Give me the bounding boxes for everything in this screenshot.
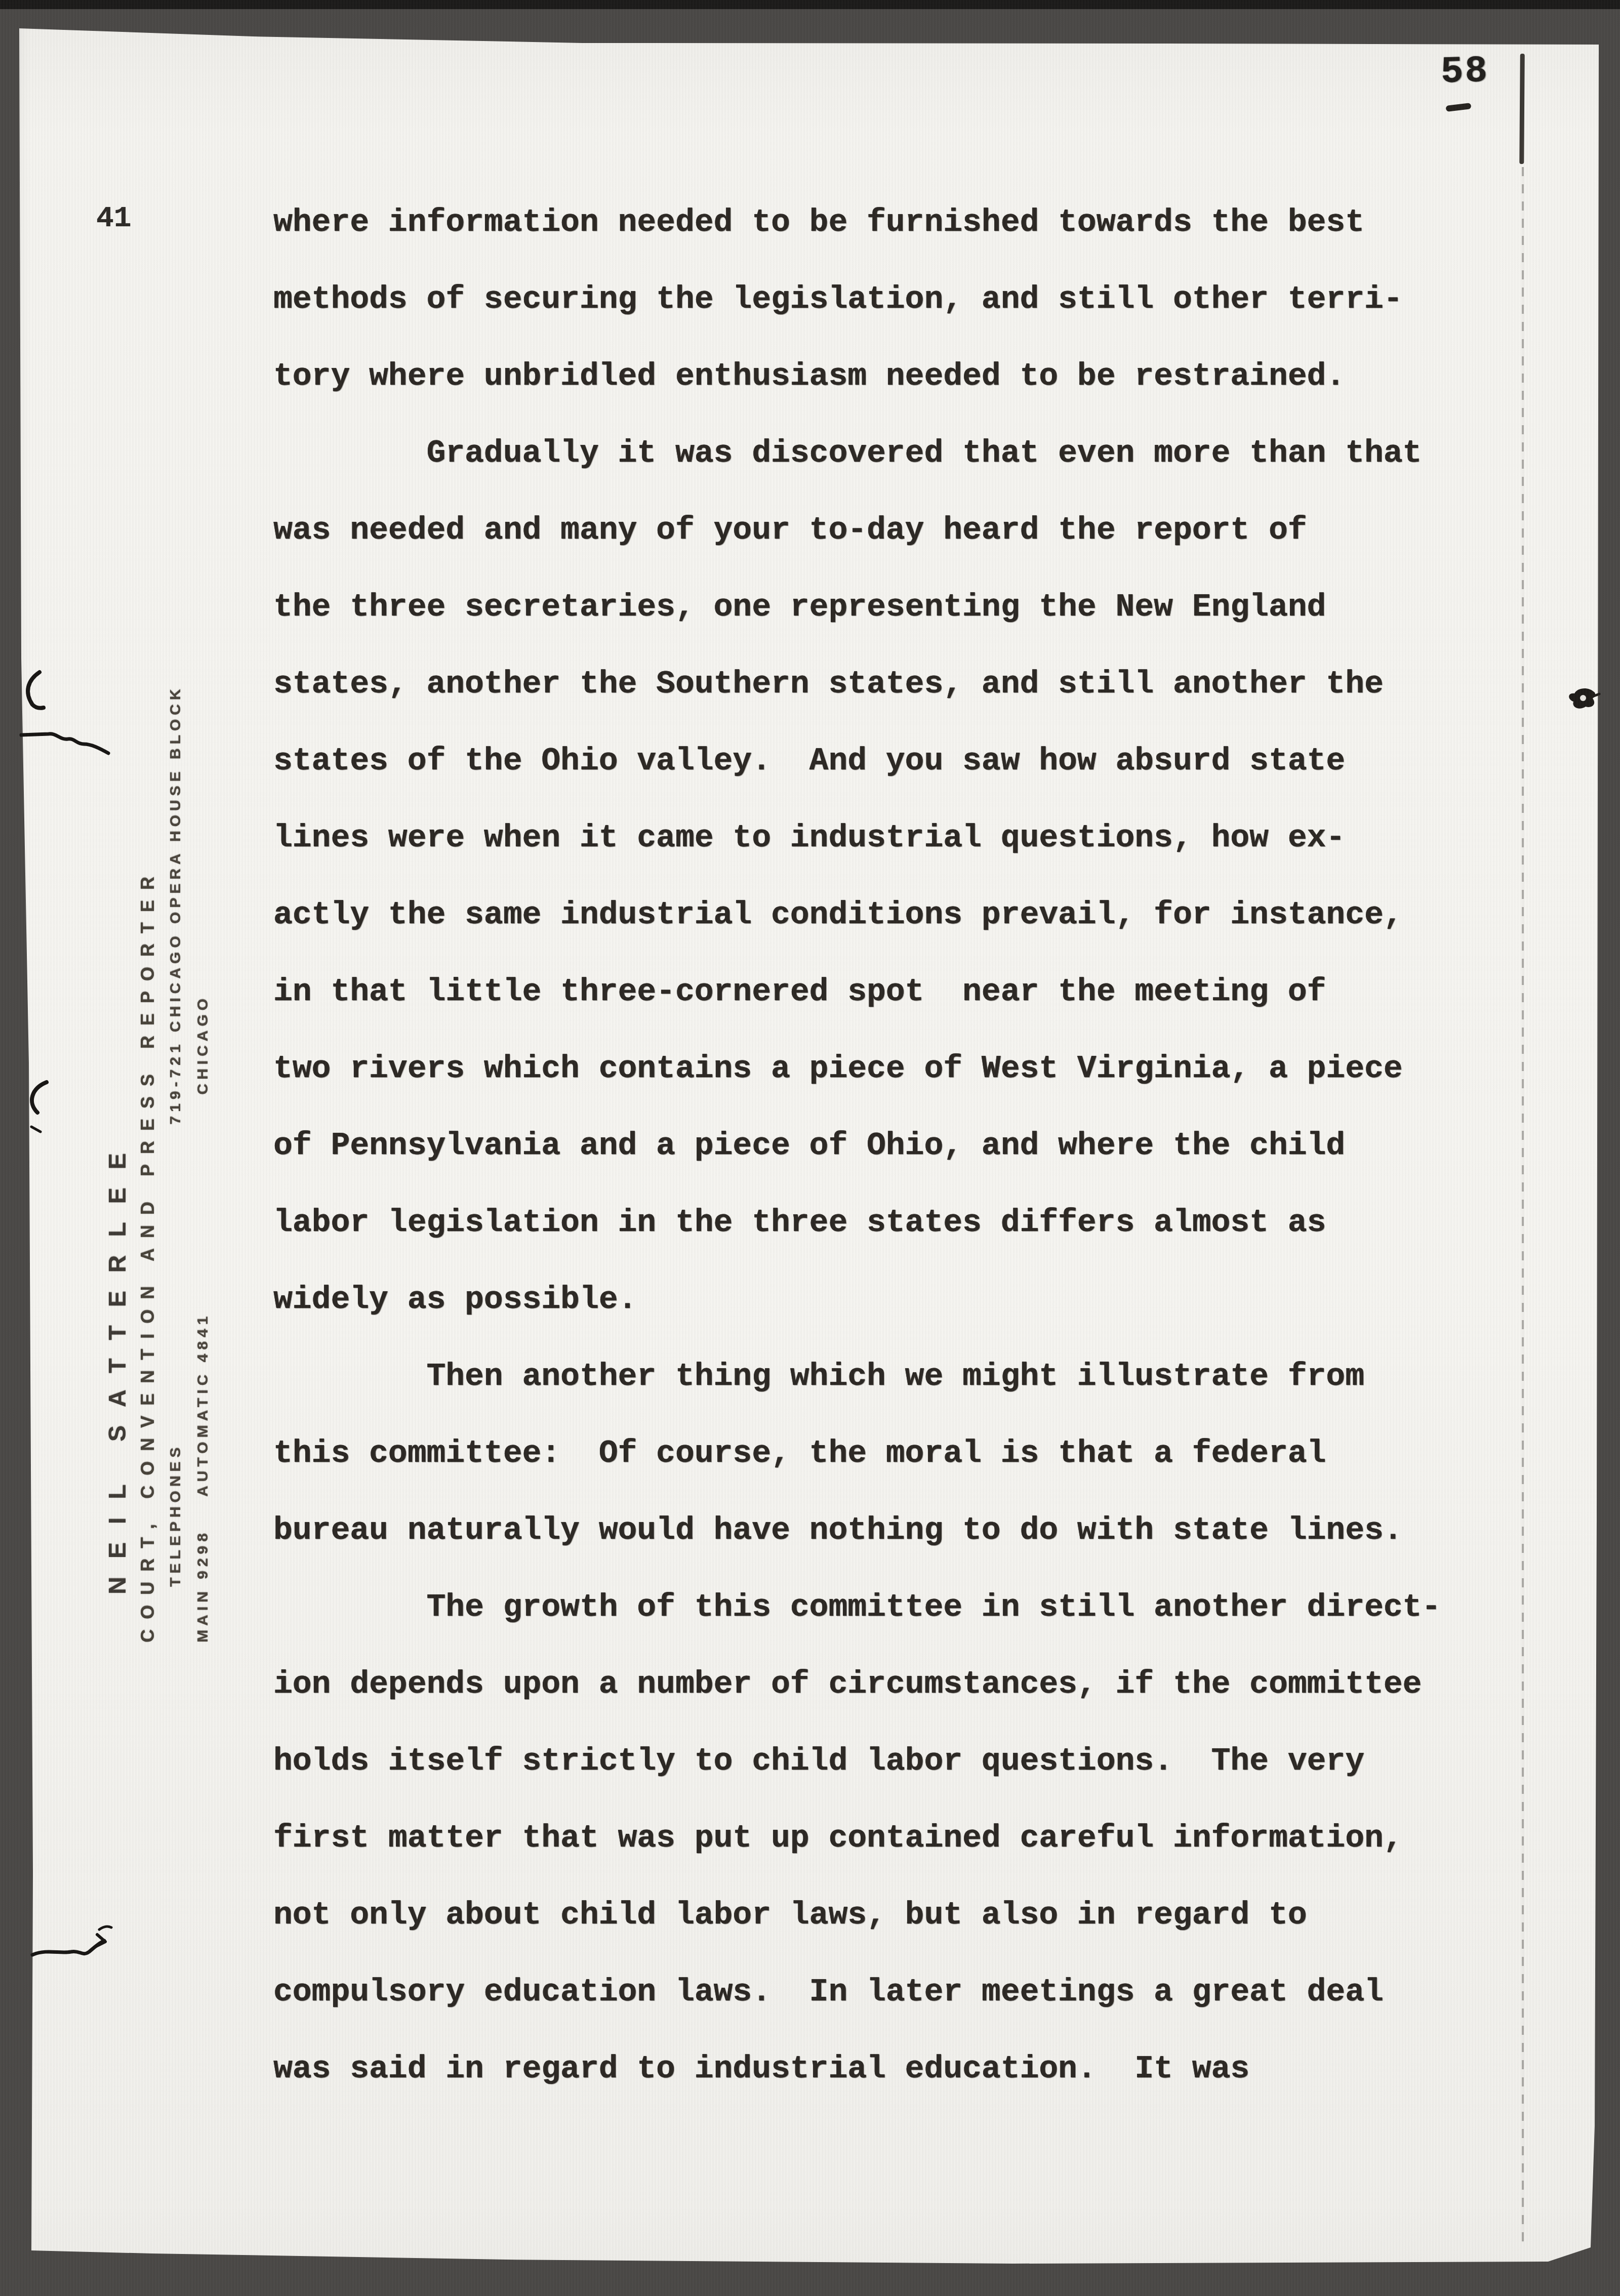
transcript-line: The growth of this committee in still an… [273, 1569, 1498, 1646]
transcript-line: not only about child labor laws, but als… [273, 1877, 1498, 1954]
transcript-line: the three secretaries, one representing … [273, 569, 1498, 646]
transcript-line: lines were when it came to industrial qu… [273, 800, 1498, 877]
letterhead-title: COURT, CONVENTION AND PRESS REPORTER [134, 681, 162, 1643]
letterhead-name: NEIL SATTERLEE [102, 681, 134, 1594]
transcript-line: states of the Ohio valley. And you saw h… [273, 723, 1498, 800]
letterhead-telephone-address-line: TELEPHONES719-721 CHICAGO OPERA HOUSE BL… [162, 681, 189, 1587]
letterhead-phone-city-line: MAIN 9298 AUTOMATIC 4841CHICAGO [189, 681, 217, 1643]
letterhead: NEIL SATTERLEE COURT, CONVENTION AND PRE… [102, 681, 217, 1643]
transcript-line: states, another the Southern states, and… [273, 646, 1498, 723]
letterhead-city: CHICAGO [194, 995, 211, 1095]
transcript-line: in that little three-cornered spot near … [273, 954, 1498, 1031]
transcript-line: Gradually it was discovered that even mo… [273, 415, 1498, 492]
transcript-line: tory where unbridled enthusiasm needed t… [273, 338, 1498, 415]
transcript-line: bureau naturally would have nothing to d… [273, 1492, 1498, 1569]
transcript-line: first matter that was put up contained c… [273, 1800, 1498, 1877]
transcript-line: was needed and many of your to-day heard… [273, 492, 1498, 569]
letterhead-telephones-label: TELEPHONES [167, 1444, 184, 1587]
transcript-line: where information needed to be furnished… [273, 184, 1498, 261]
transcript-line: labor legislation in the three states di… [273, 1184, 1498, 1261]
transcript-line: compulsory education laws. In later meet… [273, 1954, 1498, 2031]
scanned-document-page: 58 41 NEIL SATTERLEE COURT, CONVENTION A… [0, 0, 1620, 2296]
transcript-line: was said in regard to industrial educati… [273, 2031, 1498, 2108]
margin-line-number: 41 [96, 202, 132, 235]
transcript-line: Then another thing which we might illust… [273, 1338, 1498, 1415]
transcript-line: actly the same industrial conditions pre… [273, 877, 1498, 954]
letterhead-address: 719-721 CHICAGO OPERA HOUSE BLOCK [167, 685, 184, 1125]
transcript-line: holds itself strictly to child labor que… [273, 1723, 1498, 1800]
transcript-line: widely as possible. [273, 1261, 1498, 1338]
transcript-text: where information needed to be furnished… [273, 184, 1498, 2108]
transcript-line: two rivers which contains a piece of Wes… [273, 1031, 1498, 1108]
transcript-line: of Pennsylvania and a piece of Ohio, and… [273, 1108, 1498, 1184]
film-streak-line [1522, 167, 1524, 2242]
film-streak-bar [1519, 54, 1525, 164]
transcript-line: ion depends upon a number of circumstanc… [273, 1646, 1498, 1723]
scanner-top-edge [0, 0, 1620, 9]
letterhead-phone-numbers: MAIN 9298 AUTOMATIC 4841 [194, 1313, 211, 1643]
page-number: 58 [1440, 50, 1489, 94]
transcript-line: methods of securing the legislation, and… [273, 261, 1498, 338]
transcript-line: this committee: Of course, the moral is … [273, 1415, 1498, 1492]
